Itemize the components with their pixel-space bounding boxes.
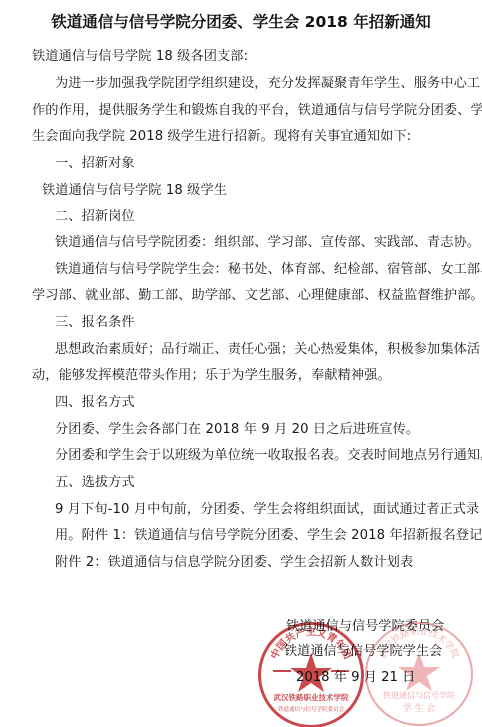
attachment-1: 用。附件 1：铁道通信与信号学院分团委、学生会 2018 年招新报名登记表: [55, 528, 482, 544]
svg-text:铁道通信与信号学院委员会: 铁道通信与信号学院委员会: [278, 705, 345, 713]
section-heading-2: 二、招新岗位: [55, 209, 135, 225]
section-2-line-3: 学习部、就业部、勤工部、助学部、文艺部、心理健康部、权益监督维护部。: [32, 288, 482, 304]
section-1-line-1: 铁道通信与信号学院 18 级学生: [42, 183, 227, 199]
section-2-line-2: 铁道通信与信号学院学生会：秘书处、体育部、纪检部、宿管部、女工部、: [55, 262, 482, 278]
intro-line-1: 为进一步加强我学院团学组织建设，充分发挥凝聚青年学生、服务中心工: [55, 76, 480, 92]
section-2-line-1: 铁道通信与信号学院团委：组织部、学习部、宣传部、实践部、青志协。: [55, 235, 480, 251]
svg-text:武汉铁路职业技术学院: 武汉铁路职业技术学院: [274, 692, 349, 702]
section-5-line-1: 9 月下旬-10 月中旬前，分团委、学生会将组织面试，面试通过者正式录: [55, 502, 479, 518]
signature-date: 2018 年 9 月 21 日: [296, 670, 415, 686]
intro-line-3: 生会面向我学院 2018 级学生进行招新。现将有关事宜通知如下:: [32, 129, 411, 145]
signature-org-student-union: 铁道通信与信号学院学生会: [284, 644, 442, 660]
section-heading-3: 三、报名条件: [55, 315, 135, 331]
attachment-2: 附件 2：铁道通信与信息学院分团委、学生会招新人数计划表: [55, 555, 413, 571]
svg-text:铁道通信与信号学院: 铁道通信与信号学院: [383, 690, 455, 700]
section-heading-1: 一、招新对象: [55, 156, 135, 172]
svg-text:学 生 会: 学 生 会: [403, 702, 436, 714]
section-3-line-2: 动，能够发挥模范带头作用；乐于为学生服务，奉献精神强。: [32, 368, 391, 384]
section-heading-4: 四、报名方式: [55, 395, 135, 411]
document-title: 铁道通信与信号学院分团委、学生会 2018 年招新通知: [0, 12, 482, 32]
intro-line-2: 作的作用，提供服务学生和锻炼自我的平台，铁道通信与信号学院分团委、学: [32, 103, 482, 119]
signature-org-committee: 铁道通信与信号学院委员会: [286, 619, 444, 635]
section-3-line-1: 思想政治素质好；品行端正、责任心强；关心热爱集体，积极参加集体活: [55, 342, 480, 358]
salutation: 铁道通信与信号学院 18 级各团支部:: [32, 49, 248, 65]
section-4-line-2: 分团委和学生会于以班级为单位统一收取报名表。交表时间地点另行通知。: [55, 448, 482, 464]
section-4-line-1: 分团委、学生会各部门在 2018 年 9 月 20 日之后进班宣传。: [55, 422, 419, 438]
section-heading-5: 五、选拔方式: [55, 475, 135, 491]
